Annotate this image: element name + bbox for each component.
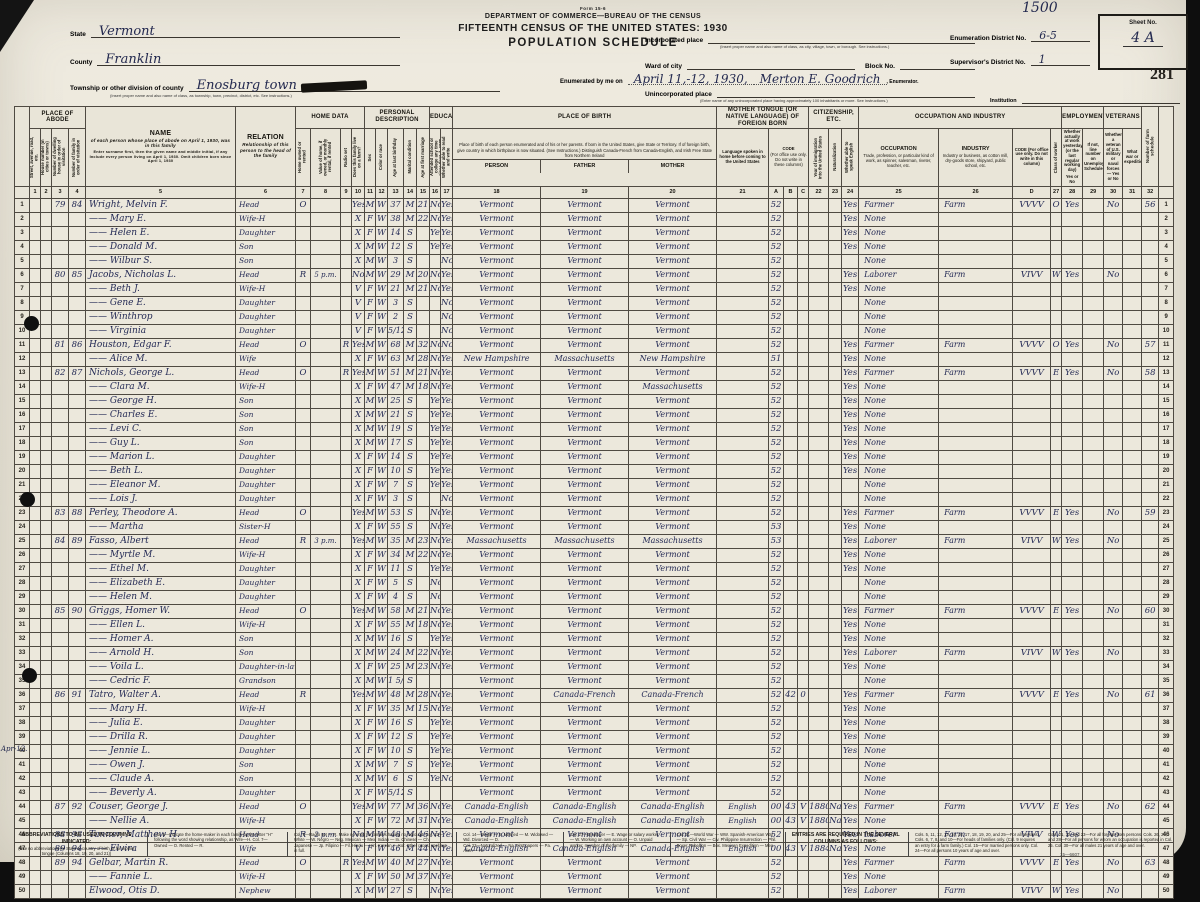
cell-industry [939, 786, 1013, 800]
cell-sex: M [365, 604, 376, 618]
cell-dwelling [52, 618, 69, 632]
cell-birthplace_mother: Vermont [629, 646, 717, 660]
cell-read_write: No [441, 492, 453, 506]
cell-owned [296, 884, 311, 898]
cell-family: 84 [69, 198, 86, 212]
cell-family [69, 744, 86, 758]
cell-worker_class [1051, 352, 1062, 366]
cell-street [30, 198, 41, 212]
cell-occupation: None [859, 478, 939, 492]
cell-family [69, 282, 86, 296]
ward-field: Ward of city [645, 56, 855, 70]
cell-occupation: Farmer [859, 506, 939, 520]
cell-naturalization [829, 576, 842, 590]
line-number: 3 [15, 226, 30, 240]
cell-farm_schedule [1142, 394, 1159, 408]
line-number: 5 [1159, 254, 1174, 268]
abbrev-note: (Use no abbreviations for State or count… [14, 846, 139, 857]
line-number: 36 [15, 688, 30, 702]
cell-owned [296, 870, 311, 884]
cell-farm_schedule [1142, 772, 1159, 786]
cell-dwelling [52, 450, 69, 464]
cell-code_d [1013, 352, 1051, 366]
cell-worker_class [1051, 520, 1062, 534]
cell-owned [296, 576, 311, 590]
cell-veteran [1104, 590, 1123, 604]
cell-name: —— Fannie L. [86, 870, 236, 884]
cell-birthplace: Vermont [453, 254, 541, 268]
cell-occupation: None [859, 296, 939, 310]
cell-unemployment_line [1083, 744, 1104, 758]
cell-occupation: None [859, 618, 939, 632]
column-number: 21 [717, 186, 769, 198]
cell-war [1123, 758, 1142, 772]
cell-read_write: Yes [441, 394, 453, 408]
person-row: 448792Couser, George J.HeadOYesMW77M36No… [15, 800, 1174, 814]
cell-read_write: Yes [441, 562, 453, 576]
cell-name: —— Mary H. [86, 702, 236, 716]
cell-war [1123, 240, 1142, 254]
cell-birthplace_mother: Vermont [629, 198, 717, 212]
cell-birthplace: Vermont [453, 492, 541, 506]
cell-occupation: None [859, 576, 939, 590]
cell-sex: F [365, 226, 376, 240]
person-row: 26—— Myrtle M.Wife-HXFW34M22NoYesVermont… [15, 548, 1174, 562]
cell-house-number [41, 506, 52, 520]
cell-unemployment_line [1083, 464, 1104, 478]
sheet-label: Sheet No. [1100, 20, 1186, 26]
cell-radio [341, 688, 352, 702]
column-number: 1 [30, 186, 41, 198]
cell-family [69, 296, 86, 310]
abbrev-col31: Col. 31—World War — WW. Spanish-American… [670, 832, 777, 856]
cell-code_b [784, 464, 798, 478]
cell-name: —— Donald M. [86, 240, 236, 254]
cell-read_write: Yes [441, 268, 453, 282]
cell-code_d [1013, 576, 1051, 590]
cell-dwelling [52, 324, 69, 338]
cell-code_d [1013, 702, 1051, 716]
cell-unemployment_line [1083, 520, 1104, 534]
cell-value [311, 688, 341, 702]
header-relation: RELATION Relationship of this person to … [236, 107, 296, 187]
cell-war [1123, 464, 1142, 478]
cell-value [311, 366, 341, 380]
cell-code_c [798, 380, 809, 394]
cell-age: 77 [388, 800, 404, 814]
cell-radio [341, 702, 352, 716]
cell-farm_schedule [1142, 310, 1159, 324]
cell-house-number [41, 884, 52, 898]
cell-code_a: 52 [769, 436, 784, 450]
cell-color: W [376, 730, 388, 744]
cell-value [311, 254, 341, 268]
line-number: 29 [15, 590, 30, 604]
cell-street [30, 548, 41, 562]
cell-relation: Son [236, 758, 296, 772]
cell-birthplace_father: Vermont [541, 604, 629, 618]
cell-veteran [1104, 408, 1123, 422]
person-row: 28—— Elizabeth E.DaughterXFW5SNoVermontV… [15, 576, 1174, 590]
cell-code_c [798, 562, 809, 576]
cell-read_write: Yes [441, 604, 453, 618]
cell-street [30, 744, 41, 758]
cell-radio [341, 772, 352, 786]
cell-sex: F [365, 380, 376, 394]
cell-code_d: VVVV [1013, 338, 1051, 352]
cell-language [717, 618, 769, 632]
cell-naturalization [829, 310, 842, 324]
cell-code_d: VVVV [1013, 688, 1051, 702]
cell-school: No [430, 884, 441, 898]
cell-unemployment_line [1083, 758, 1104, 772]
cell-value [311, 478, 341, 492]
cell-house-number [41, 870, 52, 884]
cell-language [717, 772, 769, 786]
cell-sex: M [365, 674, 376, 688]
cell-farm_schedule [1142, 408, 1159, 422]
cell-color: W [376, 660, 388, 674]
cell-color: W [376, 688, 388, 702]
cell-name: Tatro, Walter A. [86, 688, 236, 702]
cell-at_work [1062, 380, 1083, 394]
cell-language [717, 282, 769, 296]
cell-english: Yes [842, 688, 859, 702]
column-number: 19 [541, 186, 629, 198]
column-number: 30 [1104, 186, 1123, 198]
cell-farm: X [352, 436, 365, 450]
cell-family [69, 618, 86, 632]
cell-relation: Daughter [236, 478, 296, 492]
cell-house-number [41, 688, 52, 702]
cell-family [69, 786, 86, 800]
cell-at_work [1062, 758, 1083, 772]
cell-occupation: None [859, 814, 939, 828]
cell-naturalization [829, 338, 842, 352]
cell-farm: X [352, 562, 365, 576]
cell-birthplace: Vermont [453, 506, 541, 520]
cell-code_d [1013, 464, 1051, 478]
person-row: 17984Wright, Melvin F.HeadOYesMW37M21NoY… [15, 198, 1174, 212]
cell-naturalization [829, 226, 842, 240]
cell-name: —— George H. [86, 394, 236, 408]
cell-birthplace_father: Vermont [541, 296, 629, 310]
cell-code_d [1013, 632, 1051, 646]
cell-birthplace_father: Vermont [541, 562, 629, 576]
cell-age: 27 [388, 884, 404, 898]
line-number: 7 [15, 282, 30, 296]
cell-immigration [809, 268, 829, 282]
cell-immigration [809, 562, 829, 576]
cell-house-number [41, 562, 52, 576]
cell-language [717, 730, 769, 744]
cell-sex: M [365, 884, 376, 898]
cell-color: W [376, 282, 388, 296]
cell-street [30, 212, 41, 226]
cell-house-number [41, 226, 52, 240]
cell-birthplace_father: Vermont [541, 310, 629, 324]
cell-dwelling: 89 [52, 856, 69, 870]
cell-color: W [376, 450, 388, 464]
cell-worker_class [1051, 310, 1062, 324]
cell-owned [296, 618, 311, 632]
cell-code_d [1013, 310, 1051, 324]
cell-occupation: None [859, 282, 939, 296]
cell-age_married [417, 436, 430, 450]
cell-code_b [784, 646, 798, 660]
cell-birthplace_father: Massachusetts [541, 352, 629, 366]
cell-relation: Son [236, 436, 296, 450]
cell-code_b [784, 786, 798, 800]
cell-value [311, 450, 341, 464]
cell-birthplace_mother: Vermont [629, 422, 717, 436]
cell-unemployment_line [1083, 772, 1104, 786]
cell-at_work [1062, 464, 1083, 478]
cell-street [30, 422, 41, 436]
cell-industry [939, 870, 1013, 884]
person-row: 27—— Ethel M.DaughterXFW11SYesYesVermont… [15, 562, 1174, 576]
cell-street [30, 800, 41, 814]
cell-street [30, 226, 41, 240]
cell-occupation: None [859, 716, 939, 730]
header-code-d: CODE (For office use only. Do not write … [1013, 128, 1051, 186]
cell-language [717, 520, 769, 534]
line-number: 37 [15, 702, 30, 716]
cell-dwelling [52, 226, 69, 240]
cell-school: Yes [430, 730, 441, 744]
cell-english [842, 786, 859, 800]
person-row: 22—— Lois J.DaughterXFW3SNoVermontVermon… [15, 492, 1174, 506]
cell-age_married: 18 [417, 380, 430, 394]
cell-school: Yes [430, 632, 441, 646]
cell-marital: S [404, 408, 417, 422]
cell-at_work: Yes [1062, 604, 1083, 618]
cell-naturalization [829, 674, 842, 688]
cell-naturalization [829, 702, 842, 716]
cell-name: —— Julia E. [86, 716, 236, 730]
cell-radio [341, 758, 352, 772]
cell-language [717, 240, 769, 254]
cell-dwelling [52, 310, 69, 324]
cell-code_d: VIVV [1013, 646, 1051, 660]
cell-age: 34 [388, 548, 404, 562]
cell-relation: Head [236, 534, 296, 548]
cell-code_c [798, 268, 809, 282]
line-number: 12 [15, 352, 30, 366]
cell-naturalization [829, 240, 842, 254]
cell-house-number [41, 548, 52, 562]
cell-school: No [430, 268, 441, 282]
cell-birthplace: Vermont [453, 240, 541, 254]
cell-age: 55 [388, 618, 404, 632]
cell-unemployment_line [1083, 380, 1104, 394]
cell-read_write: Yes [441, 646, 453, 660]
cell-immigration [809, 310, 829, 324]
cell-owned [296, 464, 311, 478]
column-number: 18 [453, 186, 541, 198]
cell-relation: Daughter [236, 450, 296, 464]
cell-veteran [1104, 744, 1123, 758]
cell-color: W [376, 464, 388, 478]
line-number: 41 [1159, 758, 1174, 772]
cell-english: Yes [842, 506, 859, 520]
cell-sex: F [365, 716, 376, 730]
cell-owned [296, 478, 311, 492]
cell-code_b [784, 660, 798, 674]
cell-worker_class [1051, 562, 1062, 576]
cell-read_write: Yes [441, 660, 453, 674]
cell-veteran [1104, 450, 1123, 464]
cell-marital: M [404, 338, 417, 352]
cell-relation: Daughter [236, 730, 296, 744]
state-value: Vermont [91, 26, 155, 37]
header-home-owned: Home owned or rented [296, 128, 311, 186]
cell-naturalization [829, 520, 842, 534]
super-district-field: Supervisor's District No. 1 [950, 52, 1090, 66]
line-number: 45 [1159, 814, 1174, 828]
cell-age_married: 15 [417, 702, 430, 716]
cell-age: 3 [388, 254, 404, 268]
cell-birthplace: Vermont [453, 632, 541, 646]
cell-language [717, 534, 769, 548]
line-number: 1 [1159, 198, 1174, 212]
cell-at_work [1062, 590, 1083, 604]
cell-unemployment_line [1083, 226, 1104, 240]
cell-veteran: No [1104, 884, 1123, 898]
enumerator-title-label: , Enumerator. [887, 79, 924, 85]
cell-code_c [798, 212, 809, 226]
cell-unemployment_line [1083, 786, 1104, 800]
cell-code_a: 52 [769, 366, 784, 380]
cell-birthplace_father: Vermont [541, 856, 629, 870]
cell-relation: Son [236, 422, 296, 436]
cell-radio [341, 268, 352, 282]
cell-age_married [417, 226, 430, 240]
line-number: 2 [15, 212, 30, 226]
cell-worker_class [1051, 548, 1062, 562]
cell-language [717, 758, 769, 772]
hole-punch [22, 668, 37, 683]
cell-code_b [784, 296, 798, 310]
cell-at_work [1062, 814, 1083, 828]
entries-title: ENTRIES ARE REQUIRED IN THE SEVERAL COLU… [792, 832, 900, 846]
cell-code_a: 52 [769, 268, 784, 282]
cell-code_d [1013, 590, 1051, 604]
cell-school: No [430, 534, 441, 548]
cell-worker_class [1051, 758, 1062, 772]
cell-street [30, 562, 41, 576]
cell-unemployment_line [1083, 352, 1104, 366]
cell-farm: Yes [352, 198, 365, 212]
ink-scribble [301, 80, 367, 92]
cell-immigration [809, 338, 829, 352]
cell-family [69, 548, 86, 562]
cell-dwelling [52, 478, 69, 492]
cell-birthplace: Vermont [453, 338, 541, 352]
cell-school: Yes [430, 464, 441, 478]
line-number: 29 [1159, 590, 1174, 604]
cell-code_b [784, 674, 798, 688]
cell-marital: S [404, 772, 417, 786]
cell-name: Perley, Theodore A. [86, 506, 236, 520]
cell-unemployment_line [1083, 296, 1104, 310]
incorporated-note: (Insert proper name and also name of cla… [720, 44, 889, 49]
cell-birthplace_mother: Vermont [629, 436, 717, 450]
cell-house-number [41, 212, 52, 226]
cell-birthplace_mother: Vermont [629, 562, 717, 576]
cell-occupation: None [859, 380, 939, 394]
occupation-title: OCCUPATION [859, 145, 938, 153]
cell-age: 51 [388, 366, 404, 380]
cell-veteran: No [1104, 366, 1123, 380]
column-number: 5 [86, 186, 236, 198]
cell-immigration [809, 758, 829, 772]
cell-farm_schedule [1142, 282, 1159, 296]
cell-farm: Yes [352, 800, 365, 814]
cell-value [311, 660, 341, 674]
cell-age_married: 28 [417, 352, 430, 366]
cell-color: W [376, 548, 388, 562]
cell-relation: Daughter [236, 786, 296, 800]
person-row: 50Elwood, Otis D.NephewXMW27SNoYesVermon… [15, 884, 1174, 898]
hole-punch [20, 492, 35, 507]
cell-birthplace_father: Canada-French [541, 688, 629, 702]
cell-war [1123, 212, 1142, 226]
cell-birthplace_mother: Massachusetts [629, 534, 717, 548]
cell-worker_class [1051, 660, 1062, 674]
line-number: 40 [1159, 744, 1174, 758]
line-number: 19 [1159, 450, 1174, 464]
cell-dwelling: 84 [52, 534, 69, 548]
cell-name: Jacobs, Nicholas L. [86, 268, 236, 282]
cell-code_b [784, 450, 798, 464]
cell-name: —— Marion L. [86, 450, 236, 464]
institution-label: Institution [990, 98, 1022, 104]
cell-birthplace: Vermont [453, 366, 541, 380]
cell-code_a: 53 [769, 520, 784, 534]
cell-sex: M [365, 646, 376, 660]
cell-read_write: Yes [441, 520, 453, 534]
line-number: 26 [1159, 548, 1174, 562]
cell-birthplace_father: Vermont [541, 212, 629, 226]
cell-family [69, 772, 86, 786]
cell-code_a: 52 [769, 492, 784, 506]
cell-value [311, 674, 341, 688]
cell-immigration [809, 296, 829, 310]
cell-code_a: 52 [769, 380, 784, 394]
person-row: 24—— MarthaSister-HXFW55SNoYesVermontVer… [15, 520, 1174, 534]
cell-english: Yes [842, 408, 859, 422]
cell-sex: F [365, 324, 376, 338]
cell-color: W [376, 436, 388, 450]
person-row: 38—— Julia E.DaughterXFW16SYesYesVermont… [15, 716, 1174, 730]
cell-code_a: 52 [769, 240, 784, 254]
cell-house-number [41, 534, 52, 548]
cell-veteran [1104, 786, 1123, 800]
cell-english: Yes [842, 520, 859, 534]
cell-marital: M [404, 646, 417, 660]
cell-veteran [1104, 436, 1123, 450]
cell-code_c [798, 576, 809, 590]
line-number: 38 [15, 716, 30, 730]
sheet-value: 4 A [1123, 30, 1162, 47]
cell-color: W [376, 772, 388, 786]
cell-at_work [1062, 492, 1083, 506]
cell-marital: M [404, 282, 417, 296]
cell-read_write: Yes [441, 422, 453, 436]
cell-worker_class [1051, 254, 1062, 268]
cell-code_d [1013, 282, 1051, 296]
